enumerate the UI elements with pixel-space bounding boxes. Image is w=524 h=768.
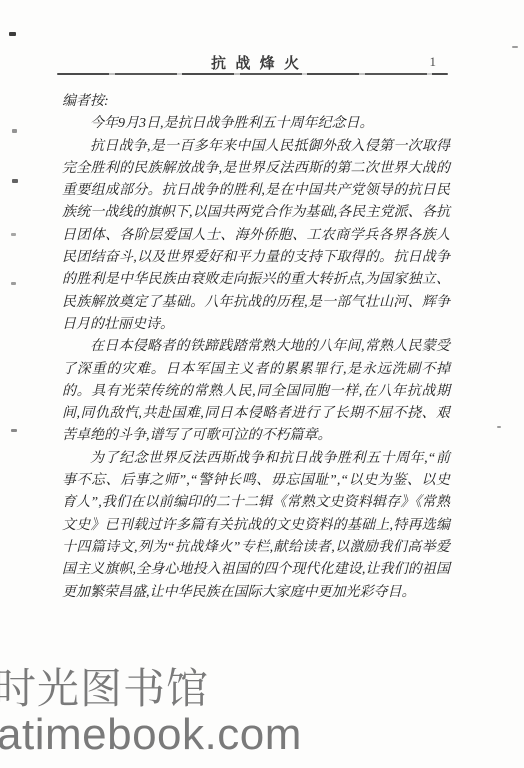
paragraph: 抗日战争,是一百多年来中国人民抵御外敌入侵第一次取得完全胜利的民族解放战争,是世… [62, 136, 450, 337]
page-header: 抗战烽火 1 [62, 52, 448, 72]
paragraph: 在日本侵略者的铁蹄践踏常熟大地的八年间,常熟人民蒙受了深重的灾难。日本军国主义者… [62, 336, 450, 447]
page-number: 1 [430, 54, 437, 70]
scan-speck [11, 282, 16, 285]
scan-speck [497, 426, 501, 428]
header-rule [57, 73, 448, 75]
paragraph: 今年9月3日,是抗日战争胜利五十周年纪念日。 [62, 113, 450, 135]
scan-speck [512, 46, 518, 48]
watermark-library-name: 时光图书馆 [0, 656, 209, 716]
scanned-book-page: 抗战烽火 1 编者按: 今年9月3日,是抗日战争胜利五十周年纪念日。 抗日战争,… [0, 0, 524, 768]
scan-speck [9, 32, 16, 36]
editor-note-label: 编者按: [62, 91, 450, 113]
scan-speck [12, 179, 18, 183]
scan-speck [12, 129, 17, 133]
watermark-domain: atimebook.com [0, 710, 302, 760]
body-text: 编者按: 今年9月3日,是抗日战争胜利五十周年纪念日。 抗日战争,是一百多年来中… [62, 91, 450, 604]
running-title: 抗战烽火 [62, 52, 448, 73]
paragraph: 为了纪念世界反法西斯战争和抗日战争胜利五十周年,“前事不忘、后事之师”,“警钟长… [62, 448, 450, 604]
scan-speck [11, 233, 16, 236]
scan-speck [11, 429, 17, 432]
